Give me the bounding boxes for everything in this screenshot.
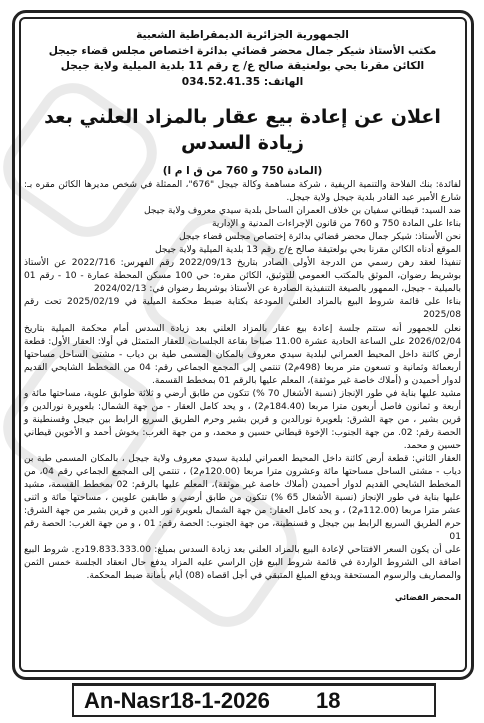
paragraph-price-terms: على أن يكون السعر الافتتاحي لإعادة البيع… bbox=[24, 544, 461, 583]
paragraph-conditions-list: بناءا على قائمة شروط البيع بالمزاد العلن… bbox=[24, 296, 461, 322]
publication-date: An-Nasr18-1-2026 bbox=[84, 688, 316, 714]
article-reference: (المادة 750 و 760 من ق ا م ا) bbox=[24, 164, 461, 178]
paragraph-property-one-building: مشيد عليها بناية في طور الإنجاز (نسبة ال… bbox=[24, 388, 461, 453]
paragraph-mortgage: تنفيذا لعقد رهن رسمي من الدرجة الأولى ال… bbox=[24, 257, 461, 296]
publication-footer: An-Nasr18-1-2026 18 bbox=[72, 683, 436, 717]
paragraph-property-two: العقار الثاني: قطعة أرض كائنة داخل المحي… bbox=[24, 453, 461, 544]
signature: المحضر القضائي bbox=[24, 593, 461, 602]
paragraph-auction-announcement: نعلن للجمهور أنه ستتم جلسة إعادة بيع عقا… bbox=[24, 323, 461, 388]
paragraph-bailiff: نحن الأستاذ: شيكر جمال محضر قضائي بدائرة… bbox=[24, 231, 461, 244]
office-header: الجمهورية الجزائرية الديمقراطية الشعبية … bbox=[24, 28, 461, 90]
office-address: الكائن مقرنا بحي بولعتيقة صالح ع/ ج رقم … bbox=[24, 59, 461, 75]
page-number: 18 bbox=[316, 688, 340, 714]
notice-title: اعلان عن إعادة بيع عقار بالمزاد العلني ب… bbox=[24, 104, 461, 156]
paragraph-signatory: الموقع أدناه الكائن مقرنا بحي بولعتيقة ص… bbox=[24, 244, 461, 257]
office-name: مكتب الأستاذ شيكر جمال محضر قضائي بدائرة… bbox=[24, 44, 461, 60]
paragraph-against: ضد السيد: قيطاني سفيان بن خلاف العمران ا… bbox=[24, 205, 461, 218]
paragraph-beneficiary: لفائدة: بنك الفلاحة والتنمية الريفية ، ش… bbox=[24, 179, 461, 205]
legal-notice: الجمهورية الجزائرية الديمقراطية الشعبية … bbox=[24, 24, 461, 654]
notice-body: لفائدة: بنك الفلاحة والتنمية الريفية ، ش… bbox=[24, 179, 461, 583]
paragraph-legal-basis: بناءا على المادة 750 و 760 من قانون الإج… bbox=[24, 218, 461, 231]
office-phone: الهاتف: 034.52.41.35 bbox=[24, 75, 461, 91]
republic-name: الجمهورية الجزائرية الديمقراطية الشعبية bbox=[24, 28, 461, 44]
